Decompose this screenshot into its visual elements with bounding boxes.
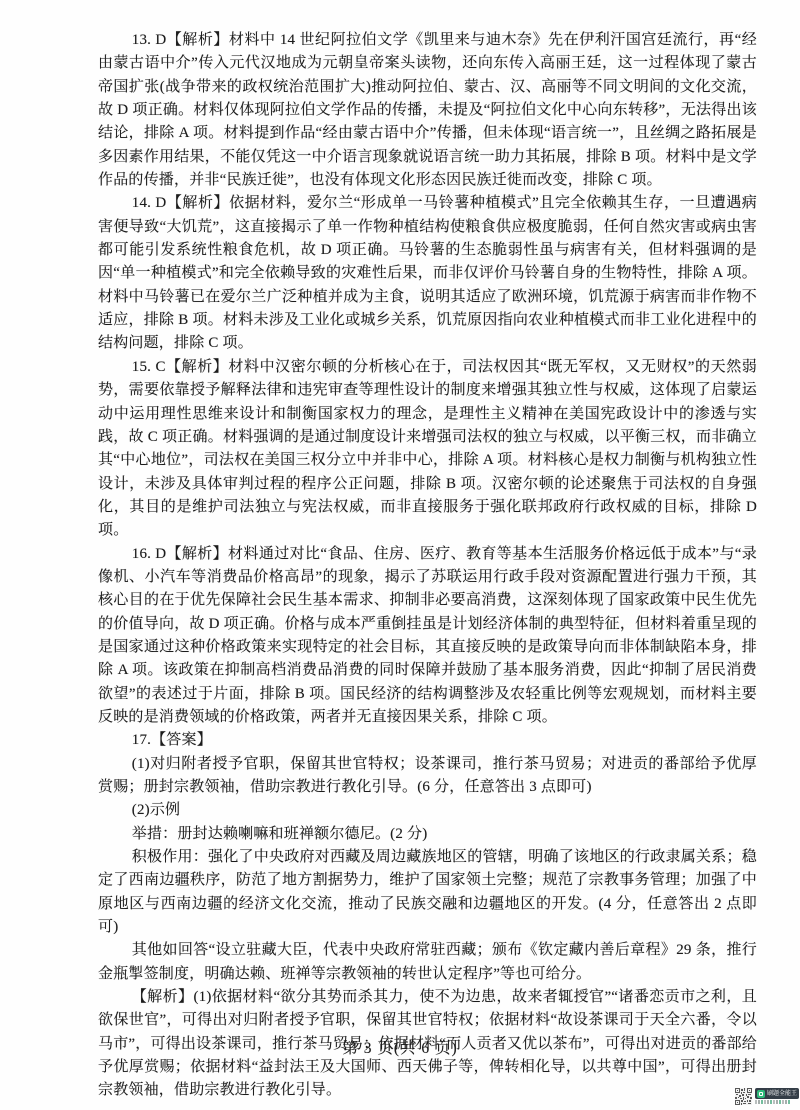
paragraph-q13-analysis: 13. D【解析】材料中 14 世纪阿拉伯文学《凯里来与迪木奈》先在伊利汗国宫廷…: [98, 29, 757, 192]
watermark-badge: 刷题全能王: [755, 1088, 799, 1099]
paragraph-q17-answer-heading: 17.【答案】: [98, 729, 757, 752]
paragraph-q14-analysis: 14. D【解析】依据材料，爱尔兰“形成单一马铃薯种植模式”且完全依赖其生存，一…: [98, 192, 757, 355]
scanned-answer-key-page: 13. D【解析】材料中 14 世纪阿拉伯文学《凯里来与迪木奈》先在伊利汗国宫廷…: [0, 0, 800, 1110]
paragraph-q17-answer-part2-heading: (2)示例: [98, 799, 757, 822]
paragraph-q17-answer-alternatives: 其他如回答“设立驻藏大臣，代表中央政府常驻西藏；颁布《钦定藏内善后章程》29 条…: [98, 939, 757, 986]
watermark-right-column: 刷题全能王: [755, 1088, 799, 1104]
paragraph-q17-answer-part2-measure: 举措：册封达赖喇嘛和班禅额尔德尼。(2 分): [98, 823, 757, 846]
paragraph-q16-analysis: 16. D【解析】材料通过对比“食品、住房、医疗、教育等基本生活服务价格远低于成…: [98, 543, 757, 730]
paragraph-q15-analysis: 15. C【解析】材料中汉密尔顿的分析核心在于，司法权因其“既无军权，又无财权”…: [98, 356, 757, 543]
watermark-brand-text: 刷题全能王: [767, 1090, 797, 1098]
brush-app-icon: [757, 1090, 765, 1098]
page-number-label: 第 3 页(共 6 页): [342, 1040, 457, 1057]
app-watermark: 刷题全能王: [735, 1088, 799, 1105]
watermark-caption-illegible: [755, 1100, 791, 1104]
answer-key-content: 13. D【解析】材料中 14 世纪阿拉伯文学《凯里来与迪木奈》先在伊利汗国宫廷…: [98, 29, 757, 1103]
paragraph-q17-answer-part1: (1)对归附者授予官职，保留其世官特权；设茶课司，推行茶马贸易；对进贡的番部给予…: [98, 753, 757, 800]
page-footer: 第 3 页(共 6 页): [0, 1036, 800, 1058]
paragraph-q17-answer-part2-effect: 积极作用：强化了中央政府对西藏及周边藏族地区的管辖，明确了该地区的行政隶属关系；…: [98, 846, 757, 939]
qr-code-icon: [735, 1088, 752, 1105]
